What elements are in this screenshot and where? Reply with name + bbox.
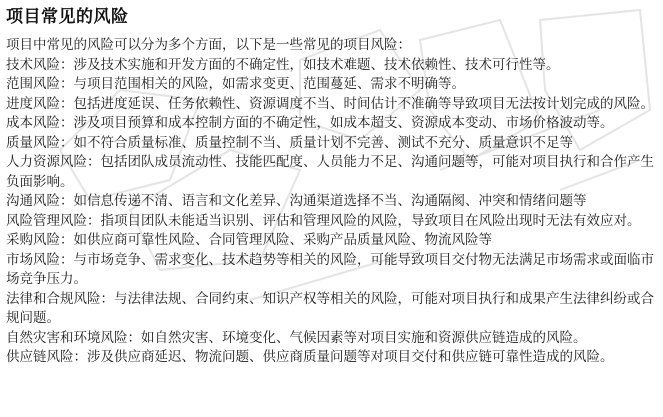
risk-item-procurement: 采购风险：如供应商可靠性风险、合同管理风险、采购产品质量风险、物流风险等 xyxy=(6,231,658,251)
risk-item-legal-compliance: 法律和合规风险：与法律法规、合同约束、知识产权等相关的风险，可能对项目执行和成果… xyxy=(6,290,658,329)
risk-item-natural-disaster: 自然灾害和环境风险：如自然灾害、环境变化、气候因素等对项目实施和资源供应链造成的… xyxy=(6,329,658,349)
risk-item-supply-chain: 供应链风险：涉及供应商延迟、物流问题、供应商质量问题等对项目交付和供应链可靠性造… xyxy=(6,348,658,368)
risk-item-quality: 质量风险：如不符合质量标准、质量控制不当、质量计划不完善、测试不充分、质量意识不… xyxy=(6,134,658,154)
risk-item-schedule: 进度风险：包括进度延误、任务依赖性、资源调度不当、时间估计不准确等导致项目无法按… xyxy=(6,95,658,115)
article: 项目常见的风险 项目中常见的风险可以分为多个方面，以下是一些常见的项目风险： 技… xyxy=(0,0,663,368)
page-title: 项目常见的风险 xyxy=(6,6,663,28)
risk-item-technical: 技术风险：涉及技术实施和开发方面的不确定性，如技术难题、技术依赖性、技术可行性等… xyxy=(6,56,658,76)
risk-item-communication: 沟通风险：如信息传递不清、语言和文化差异、沟通渠道选择不当、沟通隔阂、冲突和情绪… xyxy=(6,192,658,212)
risk-item-cost: 成本风险：涉及项目预算和成本控制方面的不确定性，如成本超支、资源成本变动、市场价… xyxy=(6,114,658,134)
risk-item-market: 市场风险：与市场竞争、需求变化、技术趋势等相关的风险，可能导致项目交付物无法满足… xyxy=(6,251,658,290)
article-body: 项目中常见的风险可以分为多个方面，以下是一些常见的项目风险： 技术风险：涉及技术… xyxy=(6,36,658,368)
risk-item-scope: 范围风险：与项目范围相关的风险，如需求变更、范围蔓延、需求不明确等。 xyxy=(6,75,658,95)
intro-text: 项目中常见的风险可以分为多个方面，以下是一些常见的项目风险： xyxy=(6,36,658,56)
risk-item-risk-management: 风险管理风险：指项目团队未能适当识别、评估和管理风险的风险，导致项目在风险出现时… xyxy=(6,212,658,232)
risk-item-human-resources: 人力资源风险：包括团队成员流动性、技能匹配度、人员能力不足、沟通问题等，可能对项… xyxy=(6,153,658,192)
